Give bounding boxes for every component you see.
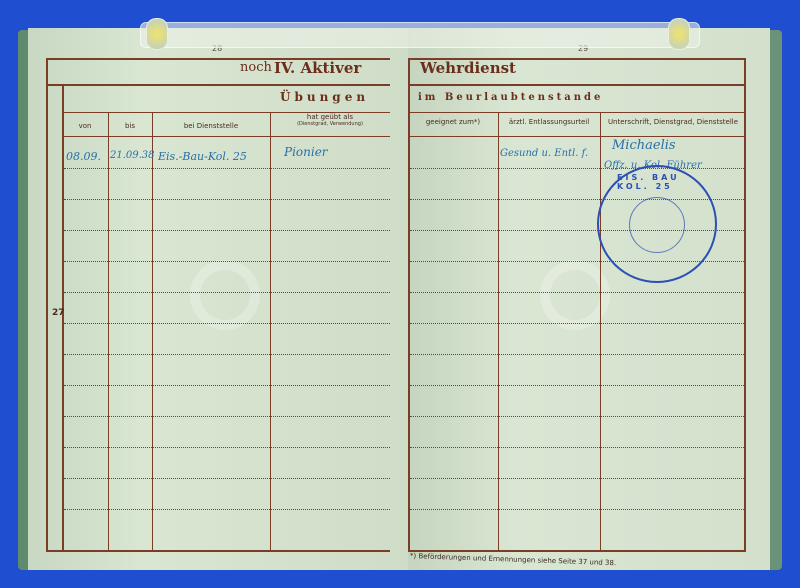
col-entlassungsurteil: ärztl. Entlassungsurteil (498, 118, 600, 126)
ruled-line (410, 478, 746, 479)
ruled-line (64, 292, 390, 293)
entry-geuebt-als: Pionier (284, 145, 328, 159)
col-bis: bis (108, 122, 152, 130)
ruled-line (64, 199, 390, 200)
ruled-line (410, 447, 746, 448)
col-dienststelle: bei Dienststelle (152, 122, 270, 130)
divider (600, 112, 601, 552)
divider (408, 112, 746, 113)
ruled-line (64, 509, 390, 510)
ruled-line (410, 416, 746, 417)
col-geuebt-als-label: hat geübt als (307, 113, 353, 121)
ruled-line (64, 354, 390, 355)
ruled-line (410, 292, 746, 293)
entry-entlassungsurteil: Gesund u. Entl. f. (500, 148, 588, 159)
title-right: Wehrdienst (420, 59, 516, 77)
ruled-line (64, 447, 390, 448)
divider (270, 112, 271, 552)
ruled-line (64, 230, 390, 231)
divider (108, 112, 109, 552)
stamp-emblem (629, 197, 685, 253)
ruled-line (410, 509, 746, 510)
ruled-line (64, 416, 390, 417)
ruled-line (64, 261, 390, 262)
col-geuebt-als-sublabel: (Dienstgrad, Verwendung) (270, 121, 390, 127)
ruled-line (64, 168, 390, 169)
title-left: IV. Aktiver (274, 59, 361, 77)
col-von: von (62, 122, 108, 130)
entry-dienststelle: Eis.-Bau-Kol. 25 (158, 150, 247, 163)
official-stamp: EIS. BAU KOL. 25 (597, 165, 717, 283)
ruled-line (410, 261, 746, 262)
ruled-line (410, 199, 746, 200)
col-geeignet-zum: geeignet zum*) (408, 118, 498, 126)
col-unterschrift: Unterschrift, Dienstgrad, Dienststelle (600, 118, 746, 126)
entry-signature: Michaelis (612, 138, 676, 153)
divider (62, 86, 64, 552)
ruled-line (410, 323, 746, 324)
stamp-text: EIS. BAU KOL. 25 (617, 173, 715, 191)
divider (408, 84, 746, 86)
divider (46, 84, 390, 86)
clip-knob-left (146, 18, 168, 50)
ruled-line (410, 230, 746, 231)
row-marker: 27 (52, 308, 65, 318)
ruled-line (410, 168, 746, 169)
ruled-line (410, 385, 746, 386)
ruled-line (64, 478, 390, 479)
title-prefix: noch (240, 60, 272, 75)
entry-von: 08.09. (66, 150, 101, 163)
col-geuebt-als: hat geübt als (Dienstgrad, Verwendung) (270, 113, 390, 127)
divider (62, 136, 390, 137)
divider (152, 112, 153, 552)
ruled-line (410, 354, 746, 355)
clip-knob-right (668, 18, 690, 50)
divider (498, 112, 499, 552)
display-clip-bar (140, 22, 700, 48)
divider (408, 136, 746, 137)
ruled-line (64, 385, 390, 386)
section-uebungen: Übungen (280, 90, 369, 104)
section-beurlaubtenstande: im Beurlaubtenstande (418, 92, 603, 103)
entry-bis: 21.09.38 (110, 150, 155, 161)
ruled-line (64, 323, 390, 324)
